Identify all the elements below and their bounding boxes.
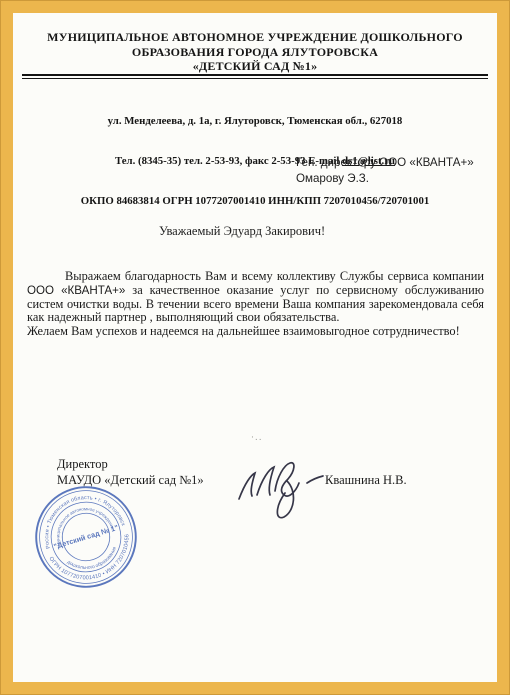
body-paragraph-1: Выражаем благодарность Вам и всему колле… <box>27 270 484 325</box>
company-name-text: ООО «КВАНТА+» <box>27 284 125 297</box>
letter-body: Выражаем благодарность Вам и всему колле… <box>27 270 484 339</box>
letterhead: МУНИЦИПАЛЬНОЕ АВТОНОМНОЕ УЧРЕЖДЕНИЕ ДОШК… <box>13 30 497 74</box>
org-name-line-1: МУНИЦИПАЛЬНОЕ АВТОНОМНОЕ УЧРЕЖДЕНИЕ ДОШК… <box>13 30 497 45</box>
signer-title-line-1: Директор <box>57 457 204 473</box>
signer-name: Квашнина Н.В. <box>325 473 407 488</box>
contact-address-line: ул. Менделеева, д. 1а, г. Ялуторовск, Тю… <box>13 115 497 128</box>
addressee-position: Ген. директору ООО «КВАНТА+» <box>296 155 474 171</box>
round-stamp: Россия • Тюменская область • г. Ялуторов… <box>28 479 144 595</box>
salutation: Уважаемый Эдуард Закирович! <box>159 224 325 239</box>
contact-codes-line: ОКПО 84683814 ОГРН 1077207001410 ИНН/КПП… <box>13 195 497 208</box>
letter-paper: МУНИЦИПАЛЬНОЕ АВТОНОМНОЕ УЧРЕЖДЕНИЕ ДОШК… <box>13 13 497 682</box>
addressee-name: Омарову Э.З. <box>296 171 474 187</box>
body-text-part-1: Выражаем благодарность Вам и всему колле… <box>65 269 484 283</box>
scanned-letter-frame: МУНИЦИПАЛЬНОЕ АВТОНОМНОЕ УЧРЕЖДЕНИЕ ДОШК… <box>0 0 510 695</box>
stamp-inner-bottom-text: дошкольного образования <box>65 545 122 577</box>
letterhead-divider <box>22 74 488 79</box>
addressee-block: Ген. директору ООО «КВАНТА+» Омарову Э.З… <box>296 155 474 186</box>
org-name-line-2: ОБРАЗОВАНИЯ ГОРОДА ЯЛУТОРОВСКА <box>13 45 497 60</box>
org-name-line-3: «ДЕТСКИЙ САД №1» <box>13 59 497 74</box>
body-paragraph-2: Желаем Вам успехов и надеемся на дальней… <box>27 325 484 339</box>
